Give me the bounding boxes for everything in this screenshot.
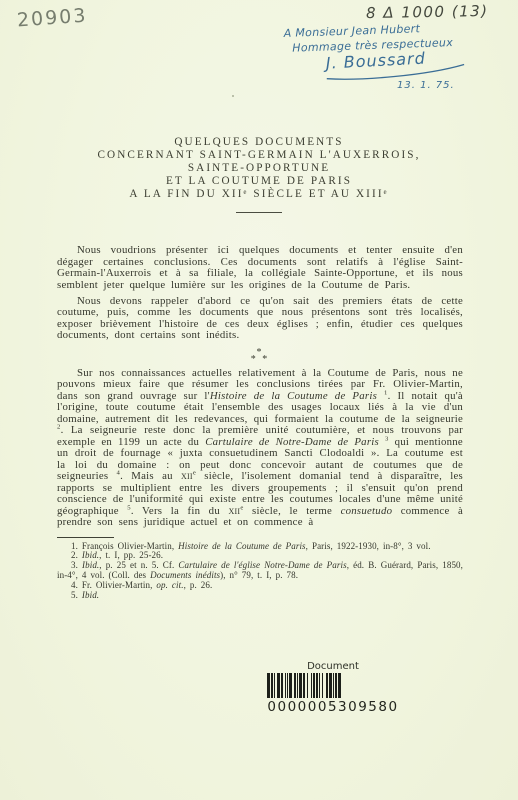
barcode-label: Document — [258, 661, 408, 672]
title-line: A LA FIN DU XIIᵉ SIÈCLE ET AU XIIIᵉ — [0, 188, 518, 201]
scanned-document-page: 20903 8 Δ 1000 (13) A Monsieur Jean Hube… — [0, 0, 518, 800]
signature-text: J. Boussard — [325, 49, 426, 73]
article-title: QUELQUES DOCUMENTS CONCERNANT SAINT-GERM… — [0, 136, 518, 201]
footnote: 3. Ibid., p. 25 et n. 5. Cf. Cartulaire … — [57, 561, 463, 581]
handwritten-date: 13. 1. 75. — [397, 80, 455, 91]
title-line: CONCERNANT SAINT-GERMAIN L'AUXERROIS, — [0, 149, 518, 162]
footnote-separator-rule — [57, 537, 114, 538]
title-line: ET LA COUTUME DE PARIS — [0, 175, 518, 188]
paragraph: Sur nos connaissances actuelles relative… — [57, 368, 463, 529]
article-body: Nous voudrions présenter ici quelques do… — [57, 245, 463, 601]
paragraph: Nous devons rappeler d'abord ce qu'on sa… — [57, 296, 463, 342]
handwritten-shelfmark: 8 Δ 1000 (13) — [366, 2, 489, 22]
title-line: SAINTE-OPPORTUNE — [0, 162, 518, 175]
barcode-number: 0000005309580 — [258, 699, 408, 715]
library-barcode: Document 0000005309580 — [258, 661, 408, 715]
title-line: QUELQUES DOCUMENTS — [0, 136, 518, 149]
handwritten-inventory-number: 20903 — [16, 5, 88, 32]
paragraph: Nous voudrions présenter ici quelques do… — [57, 245, 463, 291]
paper-speck — [232, 95, 234, 97]
paper-speck — [134, 286, 136, 288]
asterism-divider: * * * — [57, 349, 463, 364]
footnote: 4. Fr. Olivier-Martin, op. cit., p. 26. — [57, 581, 463, 591]
footnotes: 1. François Olivier-Martin, Histoire de … — [57, 542, 463, 601]
handwritten-signature: J. Boussard — [325, 46, 468, 81]
barcode-bars-icon — [267, 673, 399, 698]
title-divider-rule — [236, 212, 282, 213]
footnote: 5. Ibid. — [57, 591, 463, 601]
